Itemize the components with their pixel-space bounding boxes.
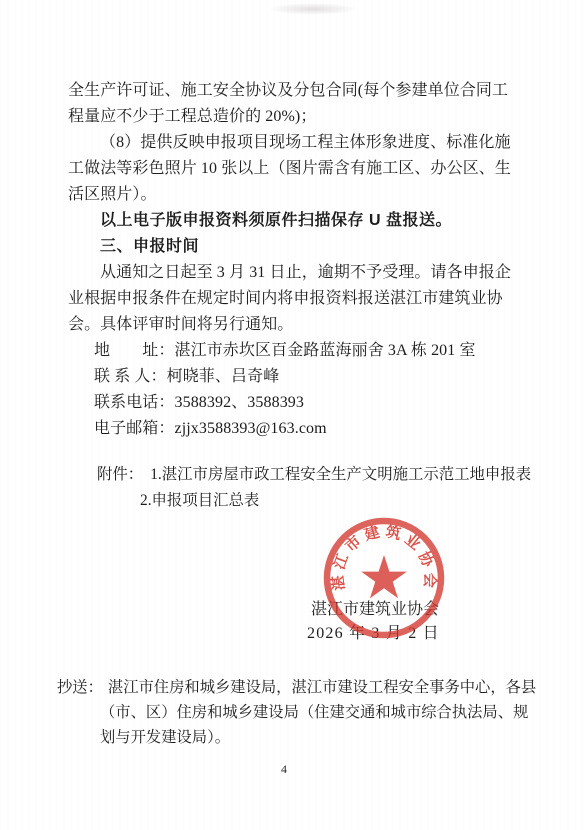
- cc-line-1-text: 湛江市住房和城乡建设局，湛江市建设工程安全事务中心，各县: [108, 679, 536, 696]
- body-line-deadline-continuation-2: 会。具体评审时间将另行通知。: [68, 312, 528, 338]
- scan-artifact: [268, 3, 358, 15]
- body-line-item8-continuation-2: 活区照片）。: [68, 182, 528, 208]
- attachment-1-text: 1.湛江市房屋市政工程安全生产文明施工示范工地申报表: [150, 466, 531, 483]
- official-seal: 湛江市建筑业协会: [319, 513, 449, 643]
- attachments-block: 附件：1.湛江市房屋市政工程安全生产文明施工示范工地申报表 2.申报项目汇总表: [97, 462, 531, 514]
- body-line-item8: （8）提供反映申报项目现场工程主体形象进度、标准化施: [68, 130, 528, 156]
- official-seal-graphic: 湛江市建筑业协会: [319, 513, 449, 643]
- attachment-item-2: 2.申报项目汇总表: [97, 488, 531, 514]
- notice-body: 全生产许可证、施工安全协议及分包合同(每个参建单位合同工 程量应不少于工程总造价…: [68, 78, 528, 442]
- body-line-permit-continuation-2: 程量应不少于工程总造价的 20%)；: [68, 104, 528, 130]
- cc-line-1: 抄送：湛江市住房和城乡建设局，湛江市建设工程安全事务中心，各县: [57, 675, 536, 697]
- contact-phone: 联系电话：3588392、3588393: [68, 390, 528, 416]
- body-line-permit-continuation: 全生产许可证、施工安全协议及分包合同(每个参建单位合同工: [68, 78, 528, 104]
- attachments-label: 附件：: [97, 466, 143, 483]
- contact-person: 联 系 人：柯晓菲、吕奇峰: [68, 364, 528, 390]
- body-line-deadline: 从通知之日起至 3 月 31 日止，逾期不予受理。请各申报企: [68, 260, 528, 286]
- cc-label: 抄送：: [57, 679, 103, 696]
- body-line-deadline-continuation: 业根据申报条件在规定时间内将申报资料报送湛江市建筑业协: [68, 286, 528, 312]
- seal-star-icon: [361, 555, 407, 598]
- contact-address: 地 址：湛江市赤坎区百金路蓝海丽舍 3A 栋 201 室: [68, 338, 528, 364]
- contact-email: 电子邮箱：zjjx3588393@163.com: [68, 416, 528, 442]
- page-number: 4: [281, 762, 287, 777]
- cc-line-2: （市、区）住房和城乡建设局（住建交通和城市综合执法局、规: [100, 700, 528, 722]
- attachment-item-1: 附件：1.湛江市房屋市政工程安全生产文明施工示范工地申报表: [97, 462, 531, 488]
- cc-line-3: 划与开发建设局）。: [100, 725, 230, 747]
- scanned-notice-page: 全生产许可证、施工安全协议及分包合同(每个参建单位合同工 程量应不少于工程总造价…: [0, 0, 587, 830]
- note-electronic-submission: 以上电子版申报资料须原件扫描保存 U 盘报送。: [68, 208, 528, 234]
- section-heading-application-time: 三、申报时间: [68, 234, 528, 260]
- body-line-item8-continuation: 工做法等彩色照片 10 张以上（图片需含有施工区、办公区、生: [68, 156, 528, 182]
